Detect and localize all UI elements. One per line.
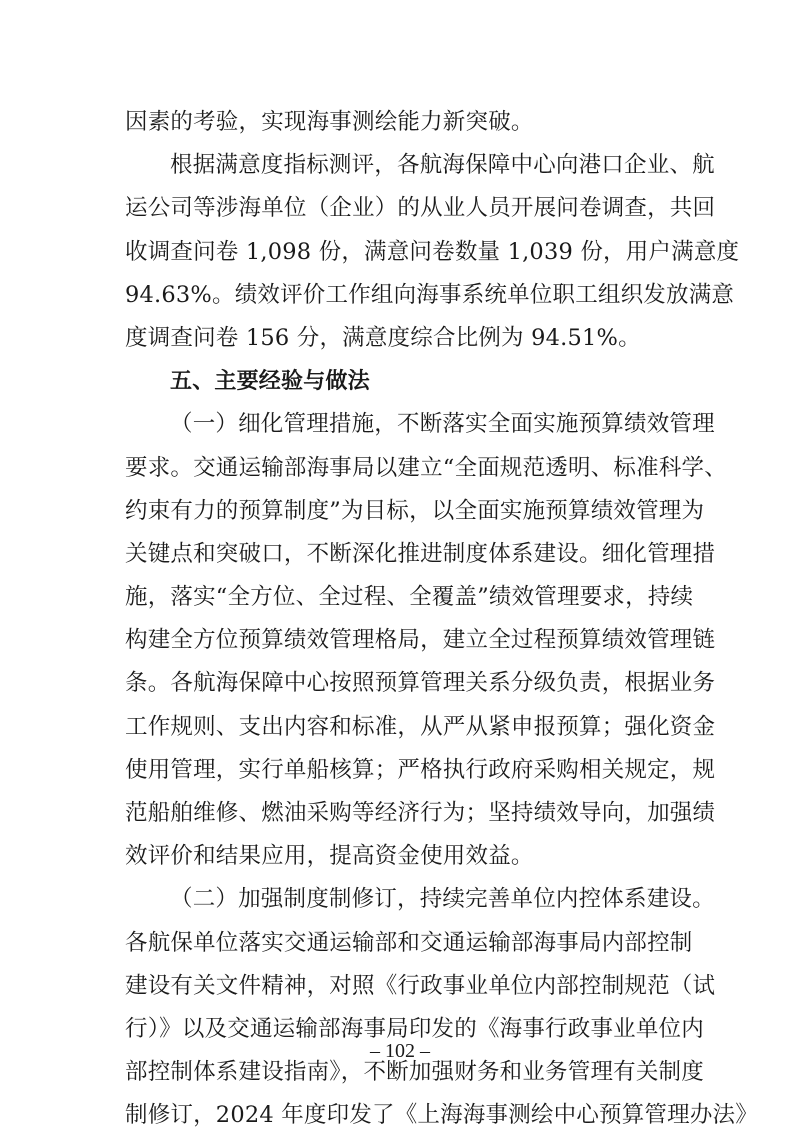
text-line: 构建全方位预算绩效管理格局，建立全过程预算绩效管理链 [125, 619, 677, 662]
text-line: 关键点和突破口，不断深化推进制度体系建设。细化管理措 [125, 533, 677, 576]
text-line: 建设有关文件精神，对照《行政事业单位内部控制规范（试 [125, 965, 677, 1008]
section-heading: 五、主要经验与做法 [125, 360, 677, 403]
text-line: 收调查问卷 1,098 份，满意问卷数量 1,039 份，用户满意度 [125, 231, 677, 274]
text-line: 工作规则、支出内容和标准，从严从紧申报预算；强化资金 [125, 706, 677, 749]
text-line: 制修订，2024 年度印发了《上海海事测绘中心预算管理办法》 [125, 1094, 677, 1131]
text-line: 度调查问卷 156 分，满意度综合比例为 94.51%。 [125, 317, 677, 360]
text-line: 使用管理，实行单船核算；严格执行政府采购相关规定，规 [125, 749, 677, 792]
document-page: 因素的考验，实现海事测绘能力新突破。 根据满意度指标测评，各航海保障中心向港口企… [0, 0, 800, 1131]
text-line: 条。各航海保障中心按照预算管理关系分级负责，根据业务 [125, 662, 677, 705]
text-line: （一）细化管理措施，不断落实全面实施预算绩效管理 [125, 403, 677, 446]
text-line: 约束有力的预算制度”为目标，以全面实施预算绩效管理为 [125, 490, 677, 533]
text-line: 根据满意度指标测评，各航海保障中心向港口企业、航 [125, 144, 677, 187]
page-content: 因素的考验，实现海事测绘能力新突破。 根据满意度指标测评，各航海保障中心向港口企… [125, 101, 677, 1131]
text-line: 94.63%。绩效评价工作组向海事系统单位职工组织发放满意 [125, 274, 677, 317]
text-line: （二）加强制度制修订，持续完善单位内控体系建设。 [125, 878, 677, 921]
text-line: 各航保单位落实交通运输部和交通运输部海事局内部控制 [125, 922, 677, 965]
text-line: 因素的考验，实现海事测绘能力新突破。 [125, 101, 677, 144]
text-line: 施，落实“全方位、全过程、全覆盖”绩效管理要求，持续 [125, 576, 677, 619]
text-line: 范船舶维修、燃油采购等经济行为；坚持绩效导向，加强绩 [125, 792, 677, 835]
text-line: 运公司等涉海单位（企业）的从业人员开展问卷调查，共回 [125, 187, 677, 230]
text-line: 要求。交通运输部海事局以建立“全面规范透明、标准科学、 [125, 447, 677, 490]
page-number: – 102 – [0, 1040, 800, 1063]
text-line: 效评价和结果应用，提高资金使用效益。 [125, 835, 677, 878]
